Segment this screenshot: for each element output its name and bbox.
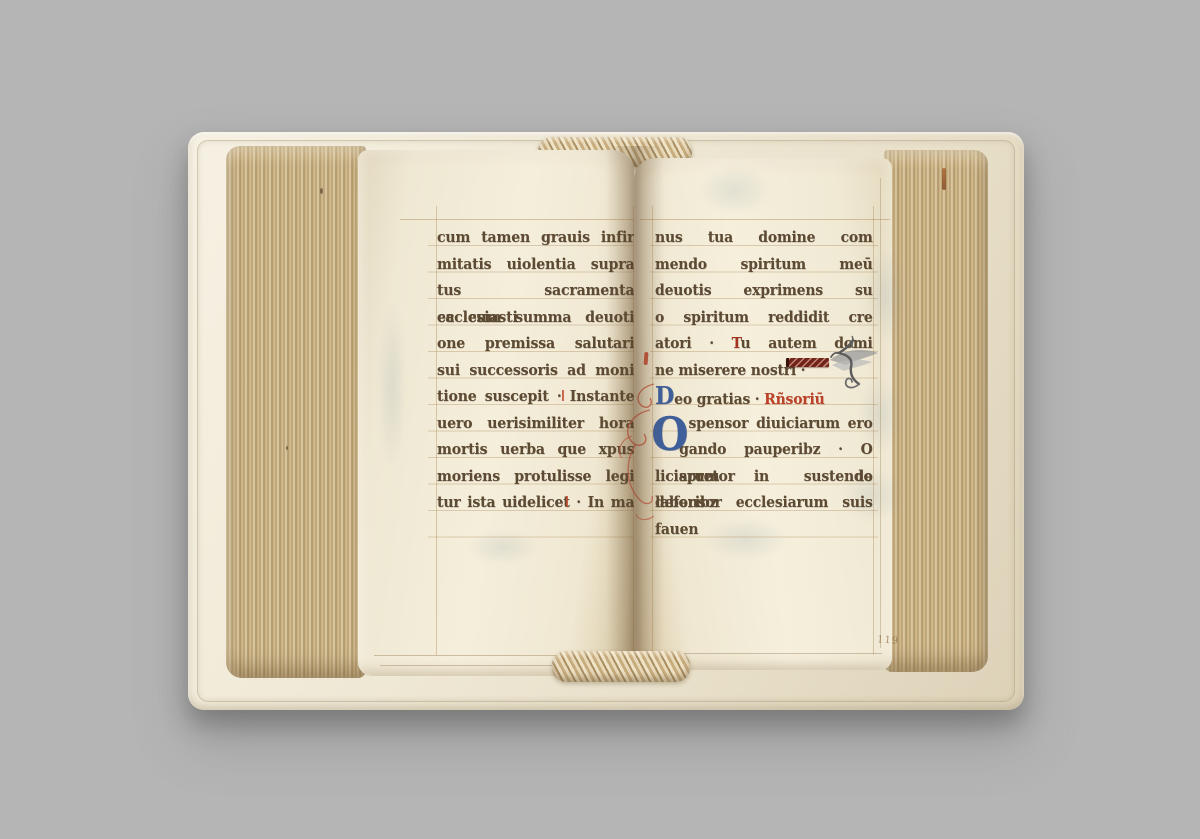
right-page: nus tua domine com mendo spiritum meū de… [634,158,892,670]
text-column-left: cum tamen grauis infir mitatis uiolentia… [437,224,634,516]
line-text: atori · [655,334,732,352]
manuscript-line: liciarum in sustendo laboribz [655,463,873,490]
manuscript-line: sui successoris ad moni [437,357,634,384]
manuscript-line: mendo spiritum meū [655,251,873,278]
manuscript-line: deuotis exprimens su [655,277,873,304]
leaf-edge [880,178,881,648]
manuscript-line: one premissa salutari [437,330,634,357]
manuscript-line: mortis uerba que xpus [437,436,634,463]
red-touch [566,496,568,507]
manuscript-line: o spiritum reddidit cre [655,304,873,331]
manuscript-line: defensor ecclesiarum suis fauen [655,489,873,516]
penwork-flourish-icon [610,366,668,526]
red-paraph-mark [644,352,649,365]
ruling-vertical-right [873,206,874,655]
manuscript-line: moriens protulisse legi [437,463,634,490]
rubric-responsorium: Rñsoriū [764,390,824,408]
ink-speck [286,446,288,450]
dragon-line-filler-icon [822,332,884,392]
line-text: eo gratias · [674,390,764,408]
manuscript-line: nus tua domine com [655,224,873,251]
rust-stain [942,168,946,190]
bottom-endband [552,651,690,682]
show-through-stain [698,166,770,214]
ruling-top-line [640,219,890,220]
show-through-stain [378,300,406,470]
folio-number: 119 [877,634,900,647]
manuscript-line: tione suscepit · Instante [437,383,634,410]
manuscript-line: tur ista uidelicet · In ma [437,489,634,516]
ink-speck [320,188,323,194]
ruling-top-line [400,219,648,220]
manuscript-line: uero uerisimiliter hora [437,410,634,437]
left-page: cum tamen grauis infir mitatis uiolentia… [358,150,634,676]
photo-stage: cum tamen grauis infir mitatis uiolentia… [0,0,1200,839]
red-initial-t: T [732,334,741,352]
red-touch [562,390,564,401]
manuscript-line: mitatis uiolentia supra [437,251,634,278]
left-page-edges [226,146,366,678]
manuscript-line: tus sacramenta ecclesiasti [437,277,634,304]
manuscript-line: ca cum summa deuoti [437,304,634,331]
manuscript-line: cum tamen grauis infir [437,224,634,251]
